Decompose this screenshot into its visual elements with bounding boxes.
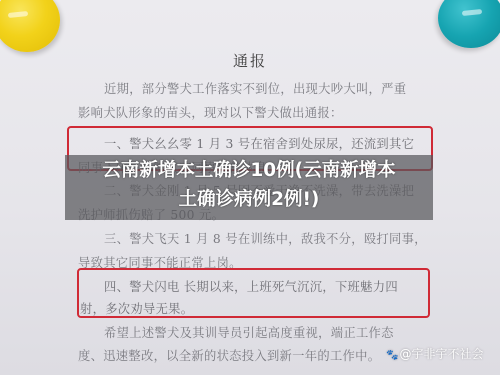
item-1-line-1: 一、警犬幺幺零 1 月 3 号在宿舍到处尿尿，还流到其它 (104, 134, 414, 152)
headline-text: 云南新增本土确诊10例(云南新增本 土确诊病例2例!) (65, 156, 433, 214)
item-4-line-2: 射，多次劝导无果。 (80, 299, 193, 317)
yellow-pushpin-icon (0, 0, 60, 52)
headline-overlay-banner: 云南新增本土确诊10例(云南新增本 土确诊病例2例!) (65, 155, 433, 220)
closing-line-2: 度、迅速整改，以全新的状态投入到新一年的工作中。 (78, 346, 380, 364)
watermark: 🐾@宇非宇不社会 (386, 345, 483, 362)
watermark-text: @宇非宇不社会 (399, 347, 483, 361)
item-4-line-1: 四、警犬闪电 长期以来，上班死气沉沉，下班魅力四 (104, 277, 398, 295)
headline-line-2: 土确诊病例2例!) (65, 185, 433, 214)
document-title: 通报 (0, 50, 500, 71)
paw-icon: 🐾 (386, 350, 398, 361)
item-3-line-1: 三、警犬飞天 1 月 8 号在训练中，敌我不分，殴打同事， (104, 229, 427, 247)
paragraph-intro-line-1: 近期，部分警犬工作落实不到位，出现大吵大叫，严重 (104, 79, 406, 97)
headline-line-1: 云南新增本土确诊10例(云南新增本 (65, 156, 433, 185)
closing-line-1: 希望上述警犬及其训导员引起高度重视，端正工作态 (104, 323, 394, 341)
teal-pushpin-icon (438, 0, 500, 48)
paragraph-intro-line-2: 影响犬队形象的苗头，现对以下警犬做出通报： (78, 103, 343, 121)
